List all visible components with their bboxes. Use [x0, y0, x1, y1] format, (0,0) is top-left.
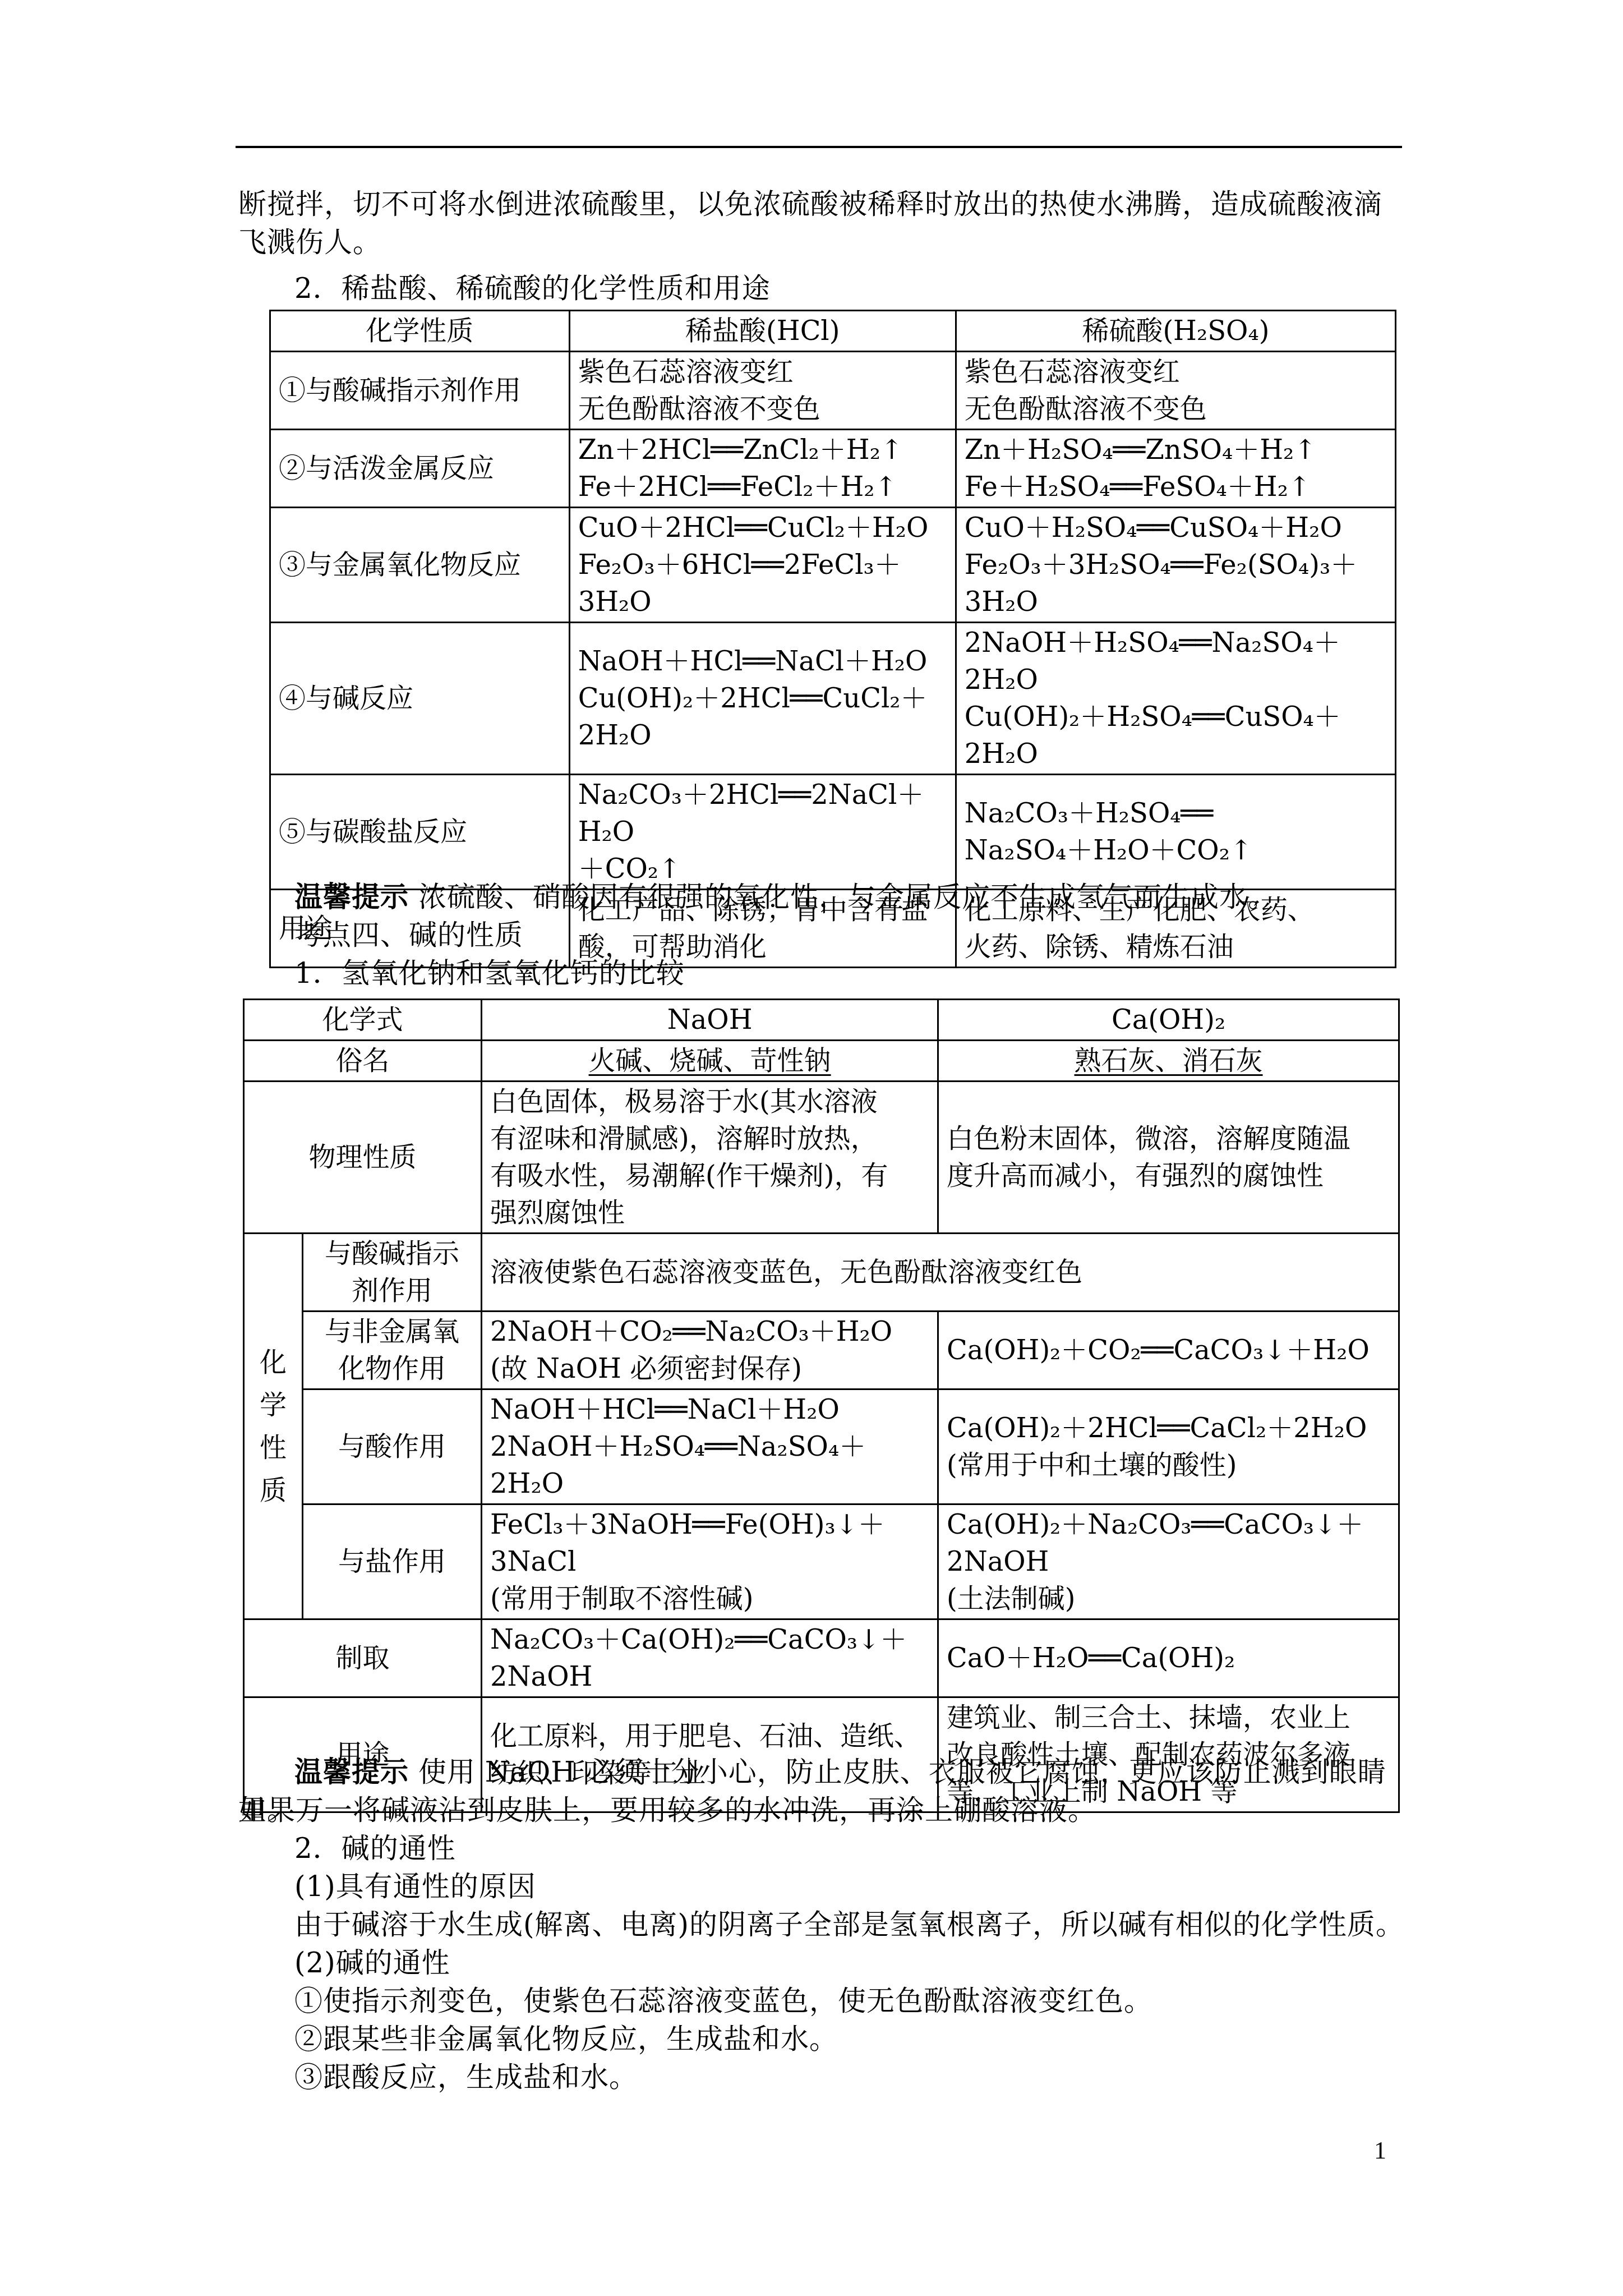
- header-cell: 稀硫酸(H₂SO₄): [956, 311, 1395, 352]
- table-row: 俗名 火碱、烧碱、苛性钠 熟石灰、消石灰: [244, 1041, 1399, 1082]
- tip-label: 温馨提示: [294, 880, 409, 913]
- table-row: ⑤与碳酸盐反应 Na₂CO₃＋2HCl══2NaCl＋H₂O＋CO₂↑ Na₂C…: [270, 775, 1396, 890]
- naoh-cell: 2NaOH＋CO₂══Na₂CO₃＋H₂O(故 NaOH 必须密封保存): [482, 1312, 938, 1389]
- hcl-cell: CuO＋2HCl══CuCl₂＋H₂OFe₂O₃＋6HCl══2FeCl₃＋3H…: [569, 508, 956, 623]
- table-row: 与盐作用 FeCl₃＋3NaOH══Fe(OH)₃↓＋3NaCl(常用于制取不溶…: [244, 1504, 1399, 1619]
- header-cell: 化学性质: [270, 311, 570, 352]
- hcl-cell: 紫色石蕊溶液变红无色酚酞溶液不变色: [569, 352, 956, 430]
- naoh-cell: 白色固体，极易溶于水(其水溶液有涩味和滑腻感)，溶解时放热，有吸水性，易潮解(作…: [482, 1082, 938, 1234]
- section-title-bases: 1．氢氧化钠和氢氧化钙的比较: [238, 954, 1405, 992]
- row-label: 制取: [244, 1619, 482, 1697]
- hcl-cell: Zn＋2HCl══ZnCl₂＋H₂↑Fe＋2HCl══FeCl₂＋H₂↑: [569, 430, 956, 508]
- row-label: 与盐作用: [302, 1504, 481, 1619]
- row-label: 与酸作用: [302, 1389, 481, 1504]
- header-rule: [236, 146, 1402, 148]
- h2so4-cell: 2NaOH＋H₂SO₄══Na₂SO₄＋2H₂OCu(OH)₂＋H₂SO₄══C…: [956, 623, 1395, 775]
- naoh-cell: NaOH: [482, 1000, 938, 1041]
- intro-line-1: 断搅拌，切不可将水倒进浓硫酸里，以免浓硫酸被稀释时放出的热使水沸腾，造成硫酸液滴: [238, 185, 1405, 223]
- property-cell: ④与碱反应: [270, 623, 570, 775]
- table-row: 与酸作用 NaOH＋HCl══NaCl＋H₂O2NaOH＋H₂SO₄══Na₂S…: [244, 1389, 1399, 1504]
- header-cell: 稀盐酸(HCl): [569, 311, 956, 352]
- section-common-properties: 2．碱的通性: [238, 1829, 1405, 1867]
- row-label: 物理性质: [244, 1082, 482, 1234]
- tip-1: 温馨提示 浓硫酸、硝酸因有很强的氧化性，与金属反应不生成氢气而生成水。: [238, 878, 1405, 916]
- h2so4-cell: Na₂CO₃＋H₂SO₄══Na₂SO₄＋H₂O＋CO₂↑: [956, 775, 1395, 890]
- property-cell: ①与酸碱指示剂作用: [270, 352, 570, 430]
- document-page: 断搅拌，切不可将水倒进浓硫酸里，以免浓硫酸被稀释时放出的热使水沸腾，造成硫酸液滴…: [0, 0, 1623, 2296]
- hcl-cell: Na₂CO₃＋2HCl══2NaCl＋H₂O＋CO₂↑: [569, 775, 956, 890]
- caoh2-cell: Ca(OH)₂＋CO₂══CaCO₃↓＋H₂O: [938, 1312, 1399, 1389]
- caoh2-cell: Ca(OH)₂＋2HCl══CaCl₂＋2H₂O(常用于中和土壤的酸性): [938, 1389, 1399, 1504]
- naoh-cell: 火碱、烧碱、苛性钠: [482, 1041, 938, 1082]
- tip-label: 温馨提示: [294, 1755, 409, 1788]
- table-row: ①与酸碱指示剂作用 紫色石蕊溶液变红无色酚酞溶液不变色 紫色石蕊溶液变红无色酚酞…: [270, 352, 1396, 430]
- property-cell: ③与金属氧化物反应: [270, 508, 570, 623]
- row-label: 化学式: [244, 1000, 482, 1041]
- table-header-row: 化学性质 稀盐酸(HCl) 稀硫酸(H₂SO₄): [270, 311, 1396, 352]
- table-row: 化学式 NaOH Ca(OH)₂: [244, 1000, 1399, 1041]
- merged-cell: 溶液使紫色石蕊溶液变蓝色，无色酚酞溶液变红色: [482, 1234, 1399, 1312]
- row-label: 与非金属氧化物作用: [302, 1312, 481, 1389]
- caoh2-cell: Ca(OH)₂: [938, 1000, 1399, 1041]
- naoh-cell: FeCl₃＋3NaOH══Fe(OH)₃↓＋3NaCl(常用于制取不溶性碱): [482, 1504, 938, 1619]
- caoh2-cell: CaO＋H₂O══Ca(OH)₂: [938, 1619, 1399, 1697]
- h2so4-cell: Zn＋H₂SO₄══ZnSO₄＋H₂↑Fe＋H₂SO₄══FeSO₄＋H₂↑: [956, 430, 1395, 508]
- base-comparison-table: 化学式 NaOH Ca(OH)₂ 俗名 火碱、烧碱、苛性钠 熟石灰、消石灰 物理…: [243, 999, 1400, 1813]
- table-row: ②与活泼金属反应 Zn＋2HCl══ZnCl₂＋H₂↑Fe＋2HCl══FeCl…: [270, 430, 1396, 508]
- caoh2-cell: Ca(OH)₂＋Na₂CO₃══CaCO₃↓＋2NaOH(土法制碱): [938, 1504, 1399, 1619]
- page-number: 1: [1374, 2136, 1386, 2165]
- reason-title: (1)具有通性的原因: [238, 1867, 1405, 1906]
- naoh-cell: NaOH＋HCl══NaCl＋H₂O2NaOH＋H₂SO₄══Na₂SO₄＋2H…: [482, 1389, 938, 1504]
- common-item: ③跟酸反应，生成盐和水。: [238, 2058, 1405, 2096]
- property-cell: ⑤与碳酸盐反应: [270, 775, 570, 890]
- row-label: 与酸碱指示剂作用: [302, 1234, 481, 1312]
- intro-paragraph: 断搅拌，切不可将水倒进浓硫酸里，以免浓硫酸被稀释时放出的热使水沸腾，造成硫酸液滴…: [238, 185, 1405, 261]
- table-row: ③与金属氧化物反应 CuO＋2HCl══CuCl₂＋H₂OFe₂O₃＋6HCl═…: [270, 508, 1396, 623]
- naoh-cell: Na₂CO₃＋Ca(OH)₂══CaCO₃↓＋2NaOH: [482, 1619, 938, 1697]
- kaodian-4-heading: 考点四、碱的性质: [238, 916, 1405, 954]
- reason-text: 由于碱溶于水生成(解离、电离)的阴离子全部是氢氧根离子，所以碱有相似的化学性质。: [238, 1906, 1405, 1944]
- table-row: 化学性质 与酸碱指示剂作用 溶液使紫色石蕊溶液变蓝色，无色酚酞溶液变红色: [244, 1234, 1399, 1312]
- row-label: 俗名: [244, 1041, 482, 1082]
- caoh2-cell: 熟石灰、消石灰: [938, 1041, 1399, 1082]
- chem-properties-label: 化学性质: [244, 1234, 303, 1619]
- property-cell: ②与活泼金属反应: [270, 430, 570, 508]
- table-row: 制取 Na₂CO₃＋Ca(OH)₂══CaCO₃↓＋2NaOH CaO＋H₂O═…: [244, 1619, 1399, 1697]
- table-row: 物理性质 白色固体，极易溶于水(其水溶液有涩味和滑腻感)，溶解时放热，有吸水性，…: [244, 1082, 1399, 1234]
- section-title-acids: 2．稀盐酸、稀硫酸的化学性质和用途: [238, 269, 1405, 307]
- common-title: (2)碱的通性: [238, 1944, 1405, 1982]
- table-row: 与非金属氧化物作用 2NaOH＋CO₂══Na₂CO₃＋H₂O(故 NaOH 必…: [244, 1312, 1399, 1389]
- caoh2-cell: 白色粉末固体，微溶，溶解度随温度升高而减小，有强烈的腐蚀性: [938, 1082, 1399, 1234]
- acid-properties-table: 化学性质 稀盐酸(HCl) 稀硫酸(H₂SO₄) ①与酸碱指示剂作用 紫色石蕊溶…: [269, 310, 1396, 968]
- common-item: ②跟某些非金属氧化物反应，生成盐和水。: [238, 2020, 1405, 2058]
- h2so4-cell: CuO＋H₂SO₄══CuSO₄＋H₂OFe₂O₃＋3H₂SO₄══Fe₂(SO…: [956, 508, 1395, 623]
- tip-2-line-2: 如果万一将碱液沾到皮肤上，要用较多的水冲洗，再涂上硼酸溶液。: [238, 1791, 1405, 1829]
- hcl-cell: NaOH＋HCl══NaCl＋H₂OCu(OH)₂＋2HCl══CuCl₂＋2H…: [569, 623, 956, 775]
- h2so4-cell: 紫色石蕊溶液变红无色酚酞溶液不变色: [956, 352, 1395, 430]
- table-row: ④与碱反应 NaOH＋HCl══NaCl＋H₂OCu(OH)₂＋2HCl══Cu…: [270, 623, 1396, 775]
- common-item: ①使指示剂变色，使紫色石蕊溶液变蓝色，使无色酚酞溶液变红色。: [238, 1982, 1405, 2020]
- intro-line-2: 飞溅伤人。: [238, 223, 1405, 261]
